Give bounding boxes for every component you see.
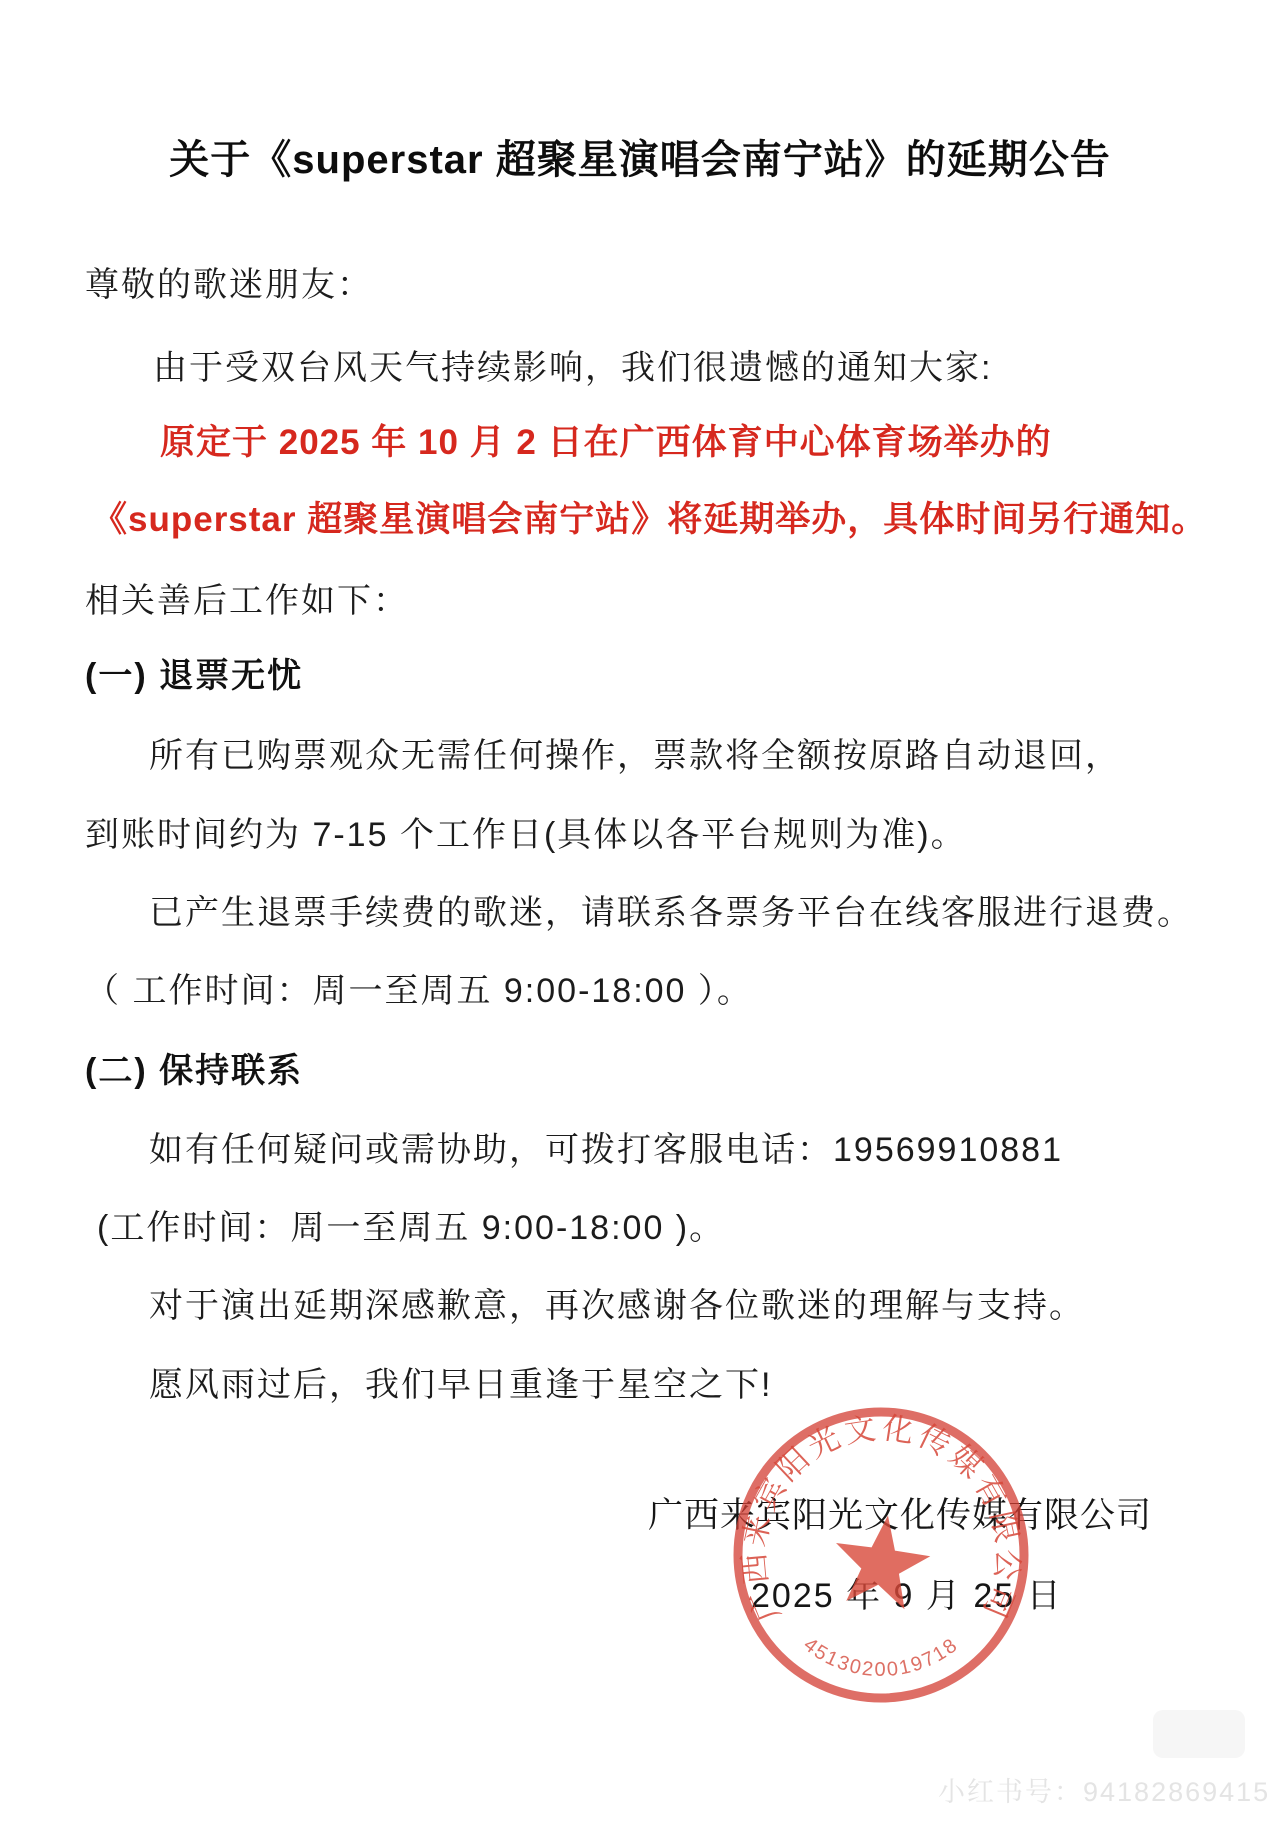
company-seal-icon: 广西来宾阳光文化传媒有限公司 4513020019718 — [721, 1395, 1041, 1715]
body-line: 愿风雨过后，我们早日重逢于星空之下! — [149, 1362, 772, 1408]
body-line: 所有已购票观众无需任何操作，票款将全额按原路自动退回， — [149, 733, 1121, 779]
body-line: 相关善后工作如下： — [85, 578, 409, 624]
watermark-logo-box — [1153, 1710, 1245, 1758]
seal-code-text: 4513020019718 — [799, 1634, 962, 1681]
body-line: （ 工作时间：周一至周五 9:00-18:00 ）。 — [85, 968, 753, 1014]
body-line: 由于受双台风天气持续影响，我们很遗憾的通知大家: — [153, 345, 992, 391]
highlight-line: 《superstar 超聚星演唱会南宁站》将延期举办，具体时间另行通知。 — [92, 497, 1207, 543]
seal-ring — [738, 1412, 1024, 1698]
body-line: 已产生退票手续费的歌迷，请联系各票务平台在线客服进行退费。 — [149, 890, 1193, 936]
company-signature: 广西来宾阳光文化传媒有限公司 — [648, 1488, 1152, 1538]
signature-date: 2025 年 9 月 25 日 — [751, 1568, 1063, 1617]
greeting-line: 尊敬的歌迷朋友： — [85, 262, 373, 308]
body-line: 对于演出延期深感歉意，再次感谢各位歌迷的理解与支持。 — [149, 1283, 1085, 1329]
body-line: 到账时间约为 7-15 个工作日(具体以各平台规则为准)。 — [85, 812, 967, 858]
body-line: (工作时间：周一至周五 9:00-18:00 )。 — [97, 1205, 725, 1251]
body-line: 如有任何疑问或需协助，可拨打客服电话：19569910881 — [149, 1127, 1063, 1173]
watermark-text: 小红书号：94182869415 — [938, 1770, 1270, 1809]
announcement-page: 关于《superstar 超聚星演唱会南宁站》的延期公告 尊敬的歌迷朋友： 由于… — [0, 0, 1280, 1833]
page-title: 关于《superstar 超聚星演唱会南宁站》的延期公告 — [0, 128, 1280, 185]
highlight-line: 原定于 2025 年 10 月 2 日在广西体育中心体育场举办的 — [160, 420, 1052, 466]
section-heading: (一) 退票无忧 — [85, 653, 303, 699]
section-heading: (二) 保持联系 — [85, 1048, 303, 1094]
